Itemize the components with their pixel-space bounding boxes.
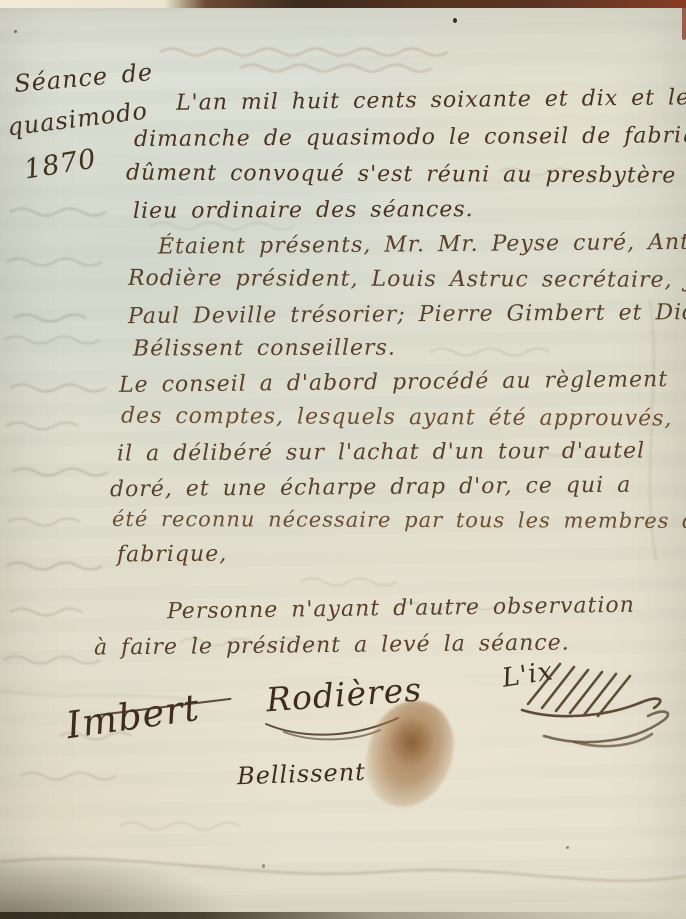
- page-top-edge: [0, 0, 686, 8]
- manuscript-line-p3-3: il a délibéré sur l'achat d'un tour d'au…: [117, 441, 645, 466]
- manuscript-line-p1-2: dimanche de quasimodo le conseil de fabr…: [134, 125, 686, 151]
- manuscript-line-p1-1: L'an mil huit cents soixante et dix et l…: [176, 87, 686, 114]
- signature-bellissent: Bellissent: [237, 760, 367, 788]
- manuscript-page: Séance de quasimodo 1870 L'an mil huit c…: [0, 0, 686, 919]
- manuscript-line-p2-4: Bélissent conseillers.: [133, 338, 396, 361]
- manuscript-line-p3-1: Le conseil a d'abord procédé au règlemen…: [119, 369, 668, 397]
- manuscript-line-p2-2: Rodière président, Louis Astruc secrétai…: [128, 268, 686, 292]
- manuscript-line-p1-4: lieu ordinaire des séances.: [133, 199, 474, 223]
- signature-illegible-scrawl: [514, 658, 680, 750]
- manuscript-line-p3-2: des comptes, lesquels ayant été approuvé…: [121, 406, 673, 431]
- bottom-left-fold-shadow: [0, 849, 240, 919]
- manuscript-line-p3-5: été reconnu nécessaire par tous les memb…: [112, 509, 686, 532]
- manuscript-line-p1-3: dûment convoqué s'est réuni au presbytèr…: [126, 163, 676, 188]
- paper-speck: [453, 18, 457, 23]
- manuscript-line-p2-1: Étaient présents, Mr. Mr. Peyse curé, An…: [158, 231, 686, 258]
- paper-speck: [14, 30, 17, 33]
- manuscript-line-p4-2: à faire le président a levé la séance.: [94, 633, 570, 660]
- page-right-edge: [682, 6, 686, 40]
- manuscript-line-p3-4: doré, et une écharpe drap d'or, ce qui a: [110, 475, 631, 502]
- manuscript-line-p3-6: fabrique,: [117, 544, 227, 567]
- paper-speck: [262, 864, 265, 868]
- paper-speck: [566, 846, 569, 849]
- manuscript-line-p2-3: Paul Deville trésorier; Pierre Gimbert e…: [128, 302, 686, 328]
